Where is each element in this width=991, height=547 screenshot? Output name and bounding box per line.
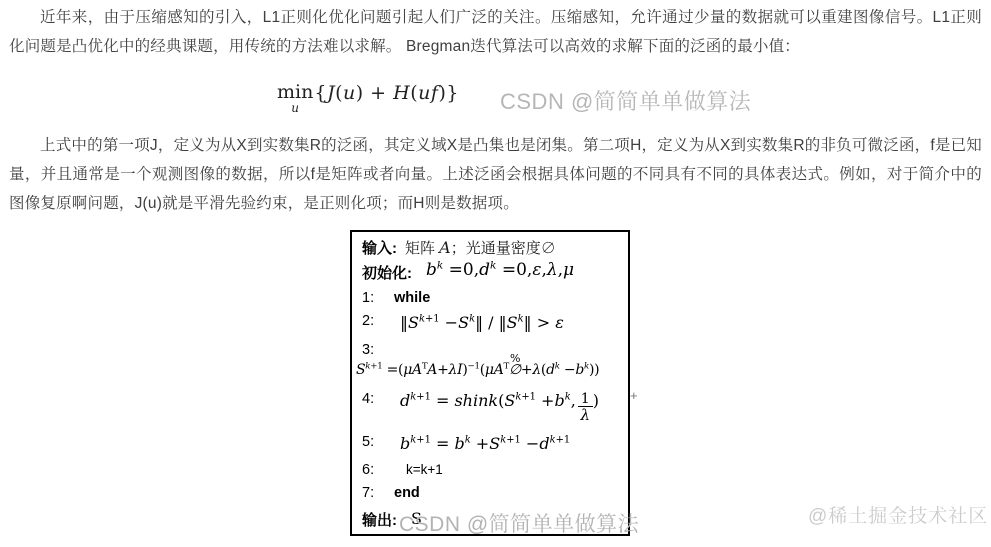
paragraph-explanation: 上式中的第一项J，定义为从X到实数集R的泛函，其定义域X是凸集也是闭集。第二项H… [9, 131, 982, 218]
algo-step-6: 6: k=k+1 [362, 462, 628, 485]
objective-formula: min u {J(u) + H(uf)} [277, 82, 459, 114]
algo-step-1: 1: while [362, 290, 628, 313]
cursor-artifact: + [630, 388, 638, 403]
algo-input-row: 输入: 矩阵 A；光通量密度∅ [362, 237, 628, 262]
convergence-condition: ‖Sk+1 −Sk‖ / ‖Sk‖ > ε [400, 313, 564, 332]
juejin-watermark: @稀土掘金技术社区 [808, 501, 988, 528]
init-label: 初始化: [362, 262, 412, 283]
step-number: 4: [362, 391, 386, 407]
step-number: 5: [362, 434, 386, 450]
algo-step-7: 7: end [362, 485, 628, 509]
step-number: 2: [362, 313, 386, 329]
end-keyword: end [394, 485, 420, 501]
algo-step-3: 3: [362, 342, 628, 362]
algorithm-box: 输入: 矩阵 A；光通量密度∅ 初始化: bk =0,dk =0,ε,λ,μ 1… [350, 230, 630, 536]
algo-step-3-formula: Sk+1 =(μATA+λI)−1(μAT∅%+λ(dk −bk)) [362, 362, 628, 391]
input-value: 矩阵 A；光通量密度∅ [405, 237, 556, 258]
step-number: 6: [362, 462, 386, 478]
step-number: 7: [362, 485, 386, 501]
d-update-formula: dk+1 = shink(Sk+1 +bk,1λ) [400, 391, 599, 423]
init-value: bk =0,dk =0,ε,λ,μ [426, 260, 574, 280]
algo-step-2: 2: ‖Sk+1 −Sk‖ / ‖Sk‖ > ε [362, 313, 628, 342]
min-word: min [277, 82, 313, 103]
input-label: 输入: [362, 237, 397, 258]
k-increment: k=k+1 [406, 462, 443, 477]
formula-body: {J(u) + H(uf)} [314, 82, 459, 105]
while-keyword: while [394, 290, 430, 306]
csdn-watermark-box: CSDN @简简单单做算法 [399, 508, 639, 538]
paragraph-intro: 近年来，由于压缩感知的引入，L1正则化优化问题引起人们广泛的关注。压缩感知，允许… [9, 3, 982, 61]
algo-init-row: 初始化: bk =0,dk =0,ε,λ,μ [362, 262, 628, 290]
step-number: 3: [362, 342, 386, 358]
algo-step-5: 5: bk+1 = bk +Sk+1 −dk+1 [362, 434, 628, 462]
algo-step-4: 4: dk+1 = shink(Sk+1 +bk,1λ) [362, 391, 628, 434]
output-label: 输出: [362, 509, 397, 530]
min-subscript: u [277, 103, 313, 114]
b-update-formula: bk+1 = bk +Sk+1 −dk+1 [400, 434, 570, 453]
step-number: 1: [362, 290, 386, 306]
csdn-watermark-formula: CSDN @简简单单做算法 [500, 85, 751, 116]
min-operator: min u [277, 82, 313, 114]
s-update-formula: Sk+1 =(μATA+λI)−1(μAT∅%+λ(dk −bk)) [356, 362, 599, 378]
